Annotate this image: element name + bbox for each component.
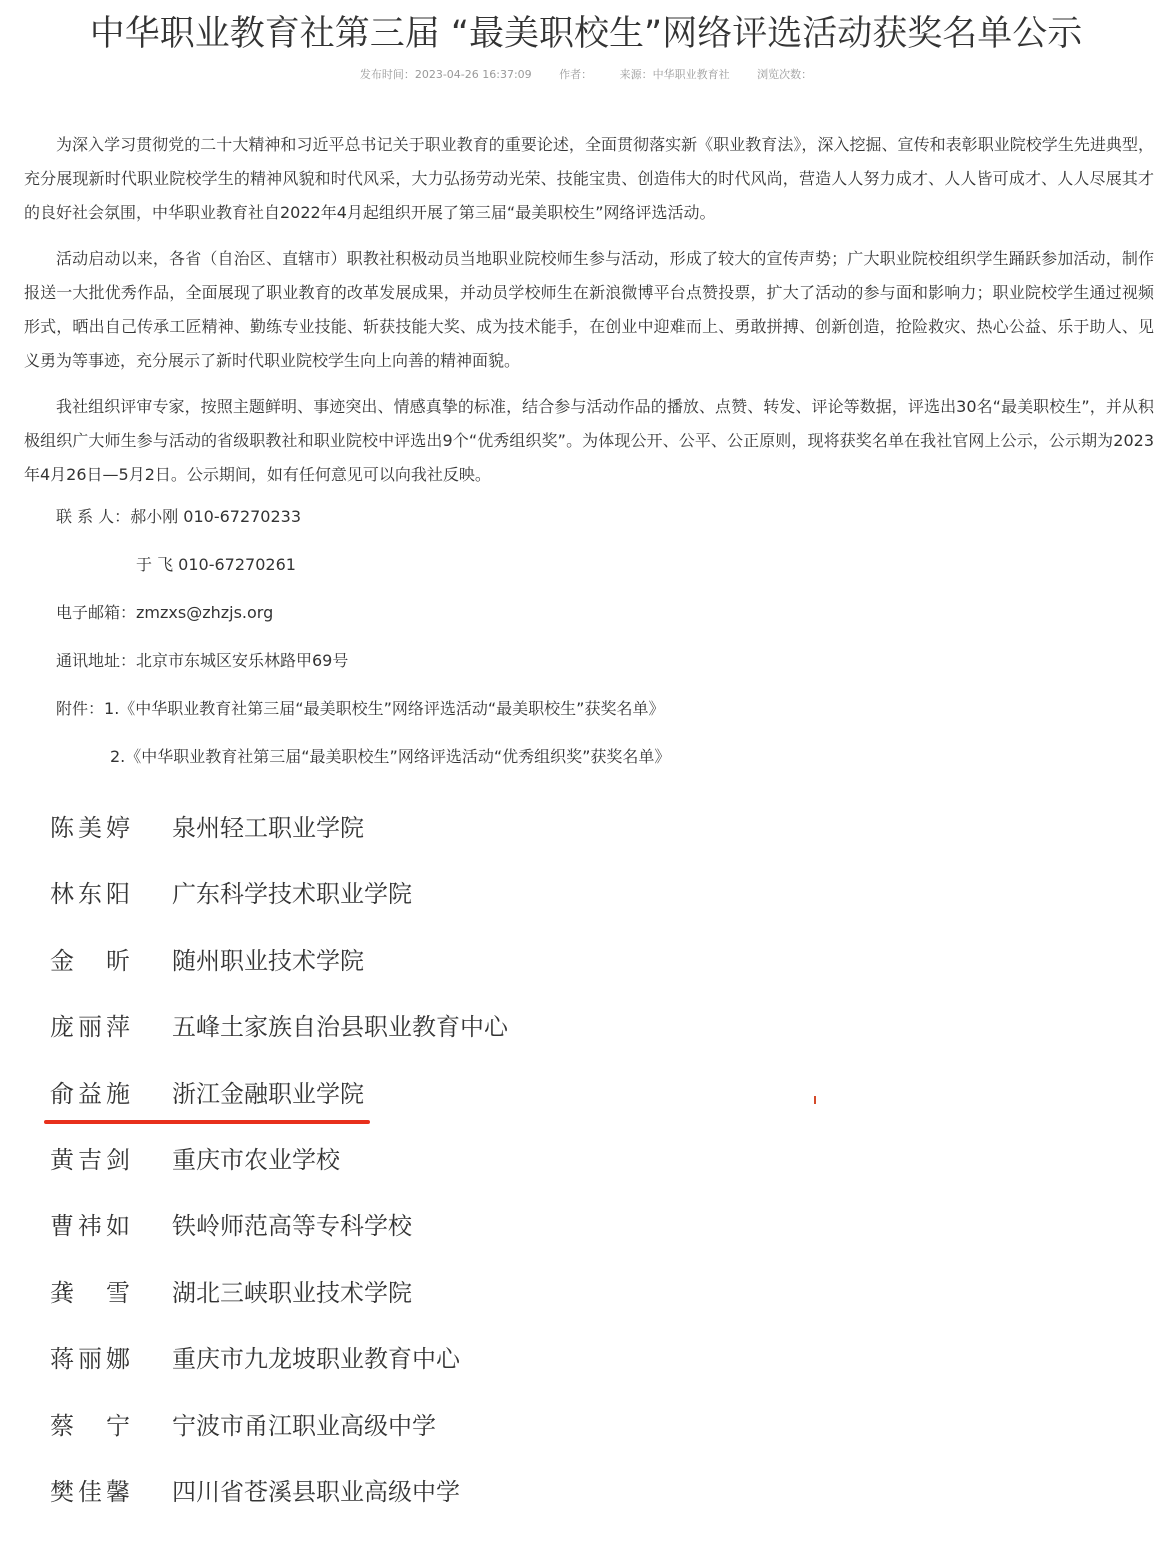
winner-list: 陈美婷 泉州轻工职业学院 林东阳 广东科学技术职业学院 金 昕 随州职业技术学院… [50, 808, 750, 1538]
winner-row: 樊佳馨 四川省苍溪县职业高级中学 [50, 1472, 750, 1538]
attachment-2-link[interactable]: 2.《中华职业教育社第三届“最美职校生”网络评选活动“优秀组织奖”获奖名单》 [110, 747, 670, 766]
winner-school: 五峰土家族自治县职业教育中心 [172, 1007, 508, 1047]
page-title: 中华职业教育社第三届 “最美职校生”网络评选活动获奖名单公示 [0, 10, 1172, 58]
winner-row: 曹祎如 铁岭师范高等专科学校 [50, 1206, 750, 1272]
highlight-underline [44, 1120, 370, 1124]
attachment-1: 附件：1.《中华职业教育社第三届“最美职校生”网络评选活动“最美职校生”获奖名单… [56, 697, 664, 721]
winner-row: 龚 雪 湖北三峡职业技术学院 [50, 1273, 750, 1339]
winner-name: 俞益施 [50, 1074, 170, 1114]
article-body: 为深入学习贯彻党的二十大精神和习近平总书记关于职业教育的重要论述，全面贯彻落实新… [24, 128, 1154, 504]
winner-row: 陈美婷 泉州轻工职业学院 [50, 808, 750, 874]
winner-name: 林东阳 [50, 874, 170, 914]
winner-row: 蔡 宁 宁波市甬江职业高级中学 [50, 1406, 750, 1472]
paragraph-activity: 活动启动以来，各省（自治区、直辖市）职教社积极动员当地职业院校师生参与活动，形成… [24, 242, 1154, 378]
attachment-label: 附件： [56, 699, 104, 718]
winner-name: 蔡 宁 [50, 1406, 170, 1446]
winner-school: 重庆市农业学校 [172, 1140, 340, 1180]
winner-row: 黄吉剑 重庆市农业学校 [50, 1140, 750, 1206]
contact-person-1: 联 系 人：郝小刚 010-67270233 [56, 505, 301, 529]
publish-time: 发布时间：2023-04-26 16:37:09 [360, 68, 532, 81]
address: 通讯地址：北京市东城区安乐林路甲69号 [56, 649, 348, 673]
winner-name: 龚 雪 [50, 1273, 170, 1313]
paragraph-intro: 为深入学习贯彻党的二十大精神和习近平总书记关于职业教育的重要论述，全面贯彻落实新… [24, 128, 1154, 230]
view-count: 浏览次数： [757, 68, 812, 81]
contact-person-2: 于 飞 010-67270261 [136, 553, 296, 577]
winner-name: 陈美婷 [50, 808, 170, 848]
email: 电子邮箱：zmzxs@zhzjs.org [56, 601, 273, 625]
winner-row: 庞丽萍 五峰土家族自治县职业教育中心 [50, 1007, 750, 1073]
attachment-1-link[interactable]: 1.《中华职业教育社第三届“最美职校生”网络评选活动“最美职校生”获奖名单》 [104, 699, 664, 718]
source: 来源：中华职业教育社 [620, 68, 730, 81]
paragraph-selection: 我社组织评审专家，按照主题鲜明、事迹突出、情感真挚的标准，结合参与活动作品的播放… [24, 390, 1154, 492]
winner-school: 四川省苍溪县职业高级中学 [172, 1472, 460, 1512]
contact-2-value: 于 飞 010-67270261 [136, 555, 296, 574]
contact-label: 联 系 人： [56, 507, 130, 526]
winner-name: 曹祎如 [50, 1206, 170, 1246]
winner-school: 重庆市九龙坡职业教育中心 [172, 1339, 460, 1379]
winner-name: 庞丽萍 [50, 1007, 170, 1047]
winner-name: 金 昕 [50, 941, 170, 981]
winner-school: 湖北三峡职业技术学院 [172, 1273, 412, 1313]
contact-1-value: 郝小刚 010-67270233 [130, 507, 301, 526]
winner-school: 广东科学技术职业学院 [172, 874, 412, 914]
author: 作者： [559, 68, 592, 81]
attachment-2: 2.《中华职业教育社第三届“最美职校生”网络评选活动“优秀组织奖”获奖名单》 [110, 745, 670, 769]
winner-row: 林东阳 广东科学技术职业学院 [50, 874, 750, 940]
winner-row: 蒋丽娜 重庆市九龙坡职业教育中心 [50, 1339, 750, 1405]
annotation-mark [814, 1096, 816, 1104]
winner-school: 随州职业技术学院 [172, 941, 364, 981]
winner-school: 浙江金融职业学院 [172, 1074, 364, 1114]
winner-school: 泉州轻工职业学院 [172, 808, 364, 848]
winner-name: 蒋丽娜 [50, 1339, 170, 1379]
winner-name: 樊佳馨 [50, 1472, 170, 1512]
winner-row: 金 昕 随州职业技术学院 [50, 941, 750, 1007]
article-meta: 发布时间：2023-04-26 16:37:09 作者： 来源：中华职业教育社 … [0, 66, 1172, 84]
winner-school: 宁波市甬江职业高级中学 [172, 1406, 436, 1446]
winner-name: 黄吉剑 [50, 1140, 170, 1180]
winner-row-highlighted: 俞益施 浙江金融职业学院 [50, 1074, 750, 1140]
winner-school: 铁岭师范高等专科学校 [172, 1206, 412, 1246]
